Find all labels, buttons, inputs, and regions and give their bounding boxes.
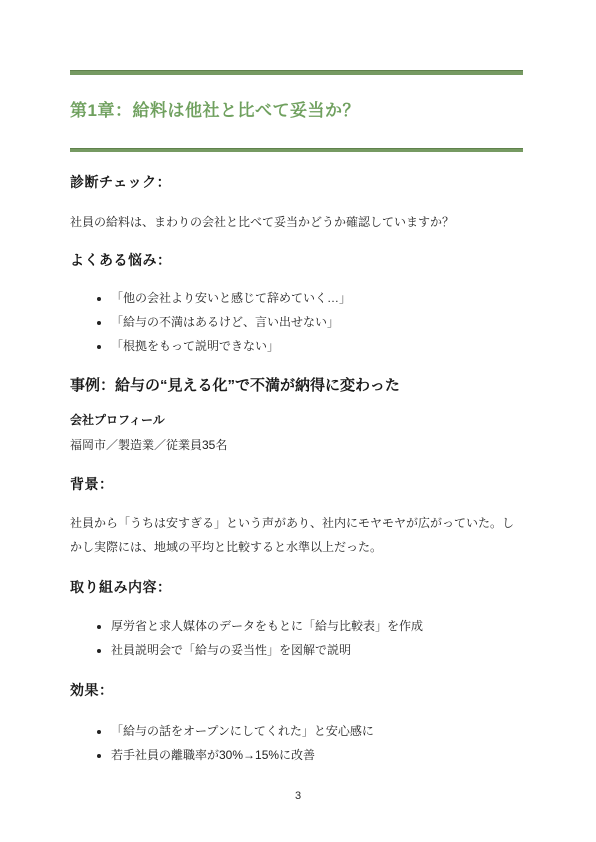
page-number: 3 <box>0 790 596 802</box>
initiatives-list: 厚労省と求人媒体のデータをもとに「給与比較表」を作成 社員説明会で「給与の妥当性… <box>70 614 523 662</box>
section-heading-background: 背景： <box>70 477 523 492</box>
worries-list: 「他の会社より安いと感じて辞めていく…」 「給与の不満はあるけど、言い出せない」… <box>70 286 523 358</box>
list-item: 厚労省と求人媒体のデータをもとに「給与比較表」を作成 <box>111 614 523 638</box>
list-item: 「根拠をもって説明できない」 <box>111 334 523 358</box>
chapter-title: 第1章：給料は他社と比べて妥当か？ <box>70 100 523 122</box>
section-heading-initiatives: 取り組み内容： <box>70 580 523 595</box>
section-heading-diagnostic: 診断チェック： <box>70 175 523 190</box>
section-heading-effects: 効果： <box>70 683 523 698</box>
page-content: 第1章：給料は他社と比べて妥当か？ 診断チェック： 社員の給料は、まわりの会社と… <box>70 0 523 767</box>
diagnostic-question: 社員の給料は、まわりの会社と比べて妥当かどうか確認していますか？ <box>70 215 523 229</box>
effects-list: 「給与の話をオープンにしてくれた」と安心感に 若手社員の離職率が30%→15%に… <box>70 719 523 767</box>
document-page: 第1章：給料は他社と比べて妥当か？ 診断チェック： 社員の給料は、まわりの会社と… <box>0 0 596 842</box>
list-item: 社員説明会で「給与の妥当性」を図解で説明 <box>111 638 523 662</box>
list-item: 若手社員の離職率が30%→15%に改善 <box>111 743 523 767</box>
title-divider <box>70 148 523 152</box>
list-item: 「給与の不満はあるけど、言い出せない」 <box>111 310 523 334</box>
list-item: 「他の会社より安いと感じて辞めていく…」 <box>111 286 523 310</box>
company-profile-heading: 会社プロフィール <box>70 413 523 427</box>
company-profile-text: 福岡市／製造業／従業員35名 <box>70 438 523 452</box>
section-heading-worries: よくある悩み： <box>70 253 523 268</box>
list-item: 「給与の話をオープンにしてくれた」と安心感に <box>111 719 523 743</box>
case-heading: 事例：給与の“見える化”で不満が納得に変わった <box>70 377 523 394</box>
background-text: 社員から「うちは安すぎる」という声があり、社内にモヤモヤが広がっていた。しかし実… <box>70 511 523 559</box>
top-divider <box>70 70 523 75</box>
